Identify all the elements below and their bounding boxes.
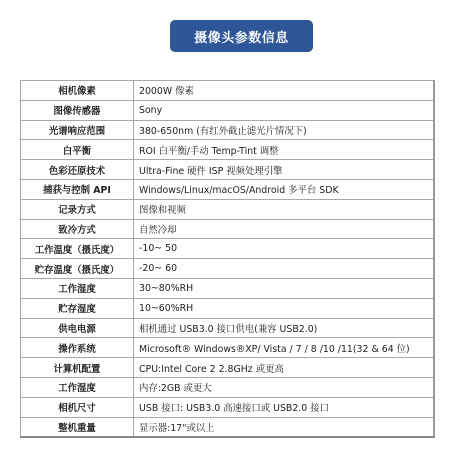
spec-value: -20~ 60 xyxy=(134,259,435,279)
spec-value: ROI 白平衡/手动 Temp-Tint 调整 xyxy=(134,140,435,160)
spec-value: USB 接口: USB3.0 高速接口或 USB2.0 接口 xyxy=(134,397,435,417)
table-row: 白平衡ROI 白平衡/手动 Temp-Tint 调整 xyxy=(21,140,435,160)
spec-value: Microsoft® Windows®XP/ Vista / 7 / 8 /10… xyxy=(134,338,435,358)
page-title: 摄像头参数信息 xyxy=(170,20,313,52)
spec-label: 工作湿度 xyxy=(21,377,134,397)
table-row: 相机尺寸 USB 接口: USB3.0 高速接口或 USB2.0 接口 xyxy=(21,397,435,417)
spec-value: 30~80%RH xyxy=(134,278,435,298)
spec-label: 记录方式 xyxy=(21,199,134,219)
spec-label: 计算机配置 xyxy=(21,358,134,378)
spec-value: CPU:Intel Core 2 2.8GHz 或更高 xyxy=(134,358,435,378)
table-row: 供电电源相机通过 USB3.0 接口供电(兼容 USB2.0) xyxy=(21,318,435,338)
spec-label: 工作湿度 xyxy=(21,278,134,298)
spec-value: Sony xyxy=(134,100,435,120)
spec-label: 相机像素 xyxy=(21,81,134,101)
spec-label: 捕获与控制 API xyxy=(21,179,134,199)
table-row: 致冷方式自然冷却 xyxy=(21,219,435,239)
spec-table: 相机像素2000W 像素 图像传感器Sony 光谱响应范围380-650nm (… xyxy=(20,80,435,438)
spec-label: 相机尺寸 xyxy=(21,397,134,417)
table-row: 记录方式图像和视频 xyxy=(21,199,435,219)
spec-value: 10~60%RH xyxy=(134,298,435,318)
table-row: 相机像素2000W 像素 xyxy=(21,81,435,101)
spec-value: 图像和视频 xyxy=(134,199,435,219)
spec-label: 贮存温度（摄氏度） xyxy=(21,259,134,279)
table-row: 光谱响应范围380-650nm (有红外截止滤光片情况下) xyxy=(21,120,435,140)
spec-value: -10~ 50 xyxy=(134,239,435,259)
spec-value: 相机通过 USB3.0 接口供电(兼容 USB2.0) xyxy=(134,318,435,338)
table-row: 图像传感器Sony xyxy=(21,100,435,120)
spec-value: 2000W 像素 xyxy=(134,81,435,101)
spec-label: 整机重量 xyxy=(21,417,134,437)
spec-label: 图像传感器 xyxy=(21,100,134,120)
spec-value: Ultra-Fine 硬件 ISP 视频处理引擎 xyxy=(134,160,435,180)
spec-value: 自然冷却 xyxy=(134,219,435,239)
spec-label: 操作系统 xyxy=(21,338,134,358)
spec-label: 贮存湿度 xyxy=(21,298,134,318)
table-row: 工作湿度30~80%RH xyxy=(21,278,435,298)
table-row: 工作湿度内存:2GB 或更大 xyxy=(21,377,435,397)
table-row: 工作温度（摄氏度） -10~ 50 xyxy=(21,239,435,259)
table-row: 整机重量 显示器:17"或以上 xyxy=(21,417,435,437)
spec-value: Windows/Linux/macOS/Android 多平台 SDK xyxy=(134,179,435,199)
spec-label: 供电电源 xyxy=(21,318,134,338)
table-row: 操作系统Microsoft® Windows®XP/ Vista / 7 / 8… xyxy=(21,338,435,358)
spec-value: 显示器:17"或以上 xyxy=(134,417,435,437)
spec-label: 致冷方式 xyxy=(21,219,134,239)
spec-value: 380-650nm (有红外截止滤光片情况下) xyxy=(134,120,435,140)
spec-label: 色彩还原技术 xyxy=(21,160,134,180)
spec-label: 工作温度（摄氏度） xyxy=(21,239,134,259)
table-row: 捕获与控制 APIWindows/Linux/macOS/Android 多平台… xyxy=(21,179,435,199)
spec-label: 光谱响应范围 xyxy=(21,120,134,140)
spec-label: 白平衡 xyxy=(21,140,134,160)
table-row: 贮存温度（摄氏度） -20~ 60 xyxy=(21,259,435,279)
table-row: 贮存湿度10~60%RH xyxy=(21,298,435,318)
table-row: 色彩还原技术Ultra-Fine 硬件 ISP 视频处理引擎 xyxy=(21,160,435,180)
table-row: 计算机配置CPU:Intel Core 2 2.8GHz 或更高 xyxy=(21,358,435,378)
spec-value: 内存:2GB 或更大 xyxy=(134,377,435,397)
